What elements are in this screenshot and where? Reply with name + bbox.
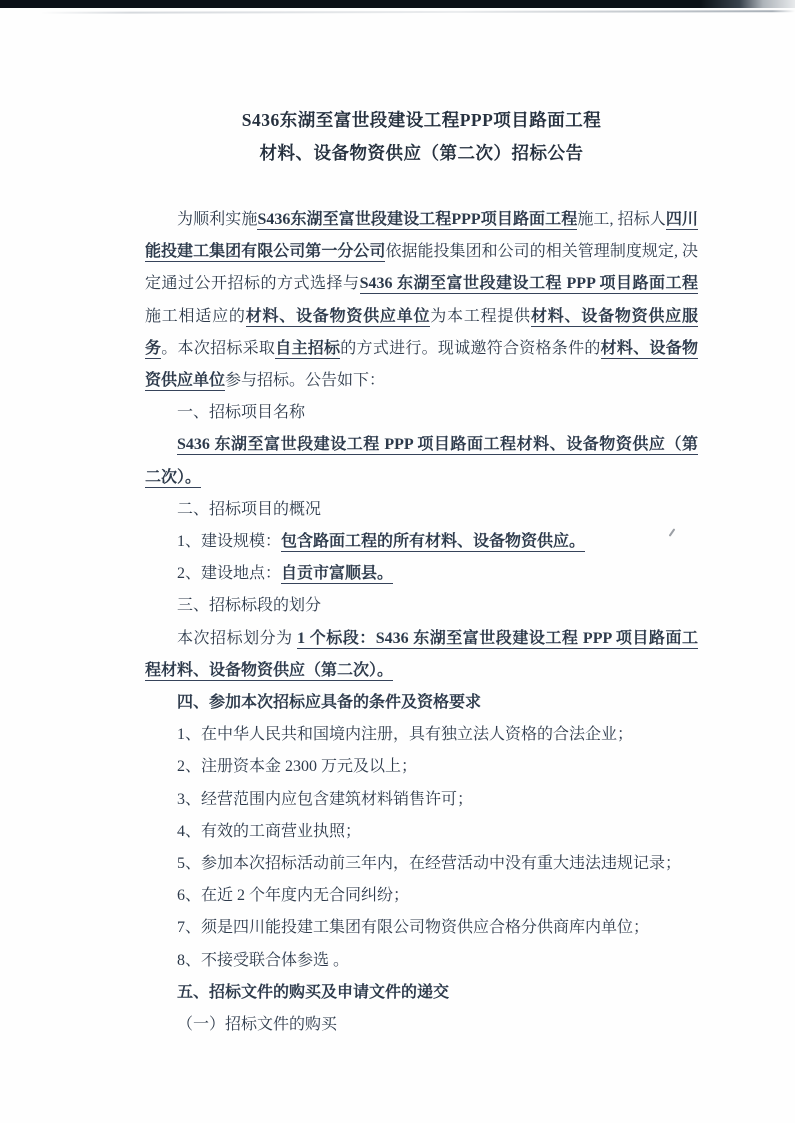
text-run: 参与招标。公告如下：: [225, 372, 385, 389]
text-run: 五、招标文件的购买及申请文件的递交: [177, 984, 449, 1001]
text-run: 的方式进行。现诚邀符合资格条件的: [340, 340, 600, 357]
document-title-line1: S436东湖至富世段建设工程PPP项目路面工程: [145, 104, 698, 137]
text-run: 本次招标划分为: [177, 630, 297, 647]
text-run: （一）招标文件的购买: [177, 1016, 337, 1033]
text-run: 1、建设规模：: [177, 533, 281, 550]
document-title-line2: 材料、设备物资供应（第二次）招标公告: [145, 137, 698, 170]
emphasized-underlined-text: 包含路面工程的所有材料、设备物资供应。: [281, 533, 585, 552]
paragraph: 6、在近 2 个年度内无合同纠纷；: [145, 880, 698, 912]
text-run: 3、经营范围内应包含建筑材料销售许可；: [177, 791, 473, 808]
text-run: 6、在近 2 个年度内无合同纠纷；: [177, 887, 409, 904]
paragraph: 本次招标划分为 1 个标段：S436 东湖至富世段建设工程 PPP 项目路面工程…: [145, 623, 698, 687]
paragraph: 1、建设规模：包含路面工程的所有材料、设备物资供应。: [145, 526, 698, 558]
paragraph: 5、参加本次招标活动前三年内，在经营活动中没有重大违法违规记录；: [145, 848, 698, 880]
emphasized-underlined-text: 自贡市富顺县。: [281, 565, 393, 584]
section-heading: 五、招标文件的购买及申请文件的递交: [145, 977, 698, 1009]
paragraph: 8、不接受联合体参选 。: [145, 945, 698, 977]
section-heading: 四、参加本次招标应具备的条件及资格要求: [145, 687, 698, 719]
text-run: 一、招标项目名称: [177, 404, 305, 421]
section-heading: 二、招标项目的概况: [145, 494, 698, 526]
text-run: 施工相适应的: [145, 308, 246, 325]
text-run: 2、注册资本金 2300 万元及以上；: [177, 758, 417, 775]
text-run: 三、招标标段的划分: [177, 597, 321, 614]
text-run: 为顺利实施: [177, 211, 257, 228]
paragraph: （一）招标文件的购买: [145, 1009, 698, 1041]
paragraph: 2、注册资本金 2300 万元及以上；: [145, 751, 698, 783]
paragraph: 为顺利实施S436东湖至富世段建设工程PPP项目路面工程施工, 招标人四川能投建…: [145, 204, 698, 397]
emphasized-underlined-text: 材料、设备物资供应单位: [246, 308, 431, 327]
text-run: 5、参加本次招标活动前三年内，在经营活动中没有重大违法违规记录；: [177, 855, 681, 872]
text-run: 为本工程提供: [430, 308, 531, 325]
paragraph: 2、建设地点：自贡市富顺县。: [145, 558, 698, 590]
scan-artifact-top-bar: [0, 0, 795, 8]
paragraph: 4、有效的工商营业执照；: [145, 816, 698, 848]
emphasized-underlined-text: S436东湖至富世段建设工程PPP项目路面工程: [257, 211, 577, 230]
document-title: S436东湖至富世段建设工程PPP项目路面工程 材料、设备物资供应（第二次）招标…: [145, 104, 698, 170]
text-run: 7、须是四川能投建工集团有限公司物资供应合格分供商库内单位；: [177, 919, 649, 936]
paragraph: 1、在中华人民共和国境内注册，具有独立法人资格的合法企业；: [145, 719, 698, 751]
text-run: 四、参加本次招标应具备的条件及资格要求: [177, 694, 481, 711]
text-run: 。本次招标采取: [161, 340, 275, 357]
paragraph: 3、经营范围内应包含建筑材料销售许可；: [145, 784, 698, 816]
scan-artifact-line: [40, 10, 795, 14]
paragraph: S436 东湖至富世段建设工程 PPP 项目路面工程材料、设备物资供应（第二次）…: [145, 429, 698, 493]
document-body: 为顺利实施S436东湖至富世段建设工程PPP项目路面工程施工, 招标人四川能投建…: [145, 204, 698, 1041]
emphasized-underlined-text: 自主招标: [275, 340, 340, 359]
text-run: 1、在中华人民共和国境内注册，具有独立法人资格的合法企业；: [177, 726, 633, 743]
emphasized-underlined-text: S436 东湖至富世段建设工程 PPP 项目路面工程材料、设备物资供应（第二次）…: [145, 436, 698, 487]
scanned-document-page: S436东湖至富世段建设工程PPP项目路面工程 材料、设备物资供应（第二次）招标…: [0, 0, 795, 1123]
document-content: S436东湖至富世段建设工程PPP项目路面工程 材料、设备物资供应（第二次）招标…: [145, 104, 698, 1041]
text-run: 施工, 招标人: [577, 211, 666, 228]
emphasized-underlined-text: S436 东湖至富世段建设工程 PPP 项目路面工程: [360, 275, 698, 294]
text-run: 8、不接受联合体参选 。: [177, 952, 349, 969]
text-run: 二、招标项目的概况: [177, 501, 321, 518]
paragraph: 7、须是四川能投建工集团有限公司物资供应合格分供商库内单位；: [145, 912, 698, 944]
text-run: 2、建设地点：: [177, 565, 281, 582]
text-run: 4、有效的工商营业执照；: [177, 823, 361, 840]
section-heading: 三、招标标段的划分: [145, 590, 698, 622]
section-heading: 一、招标项目名称: [145, 397, 698, 429]
